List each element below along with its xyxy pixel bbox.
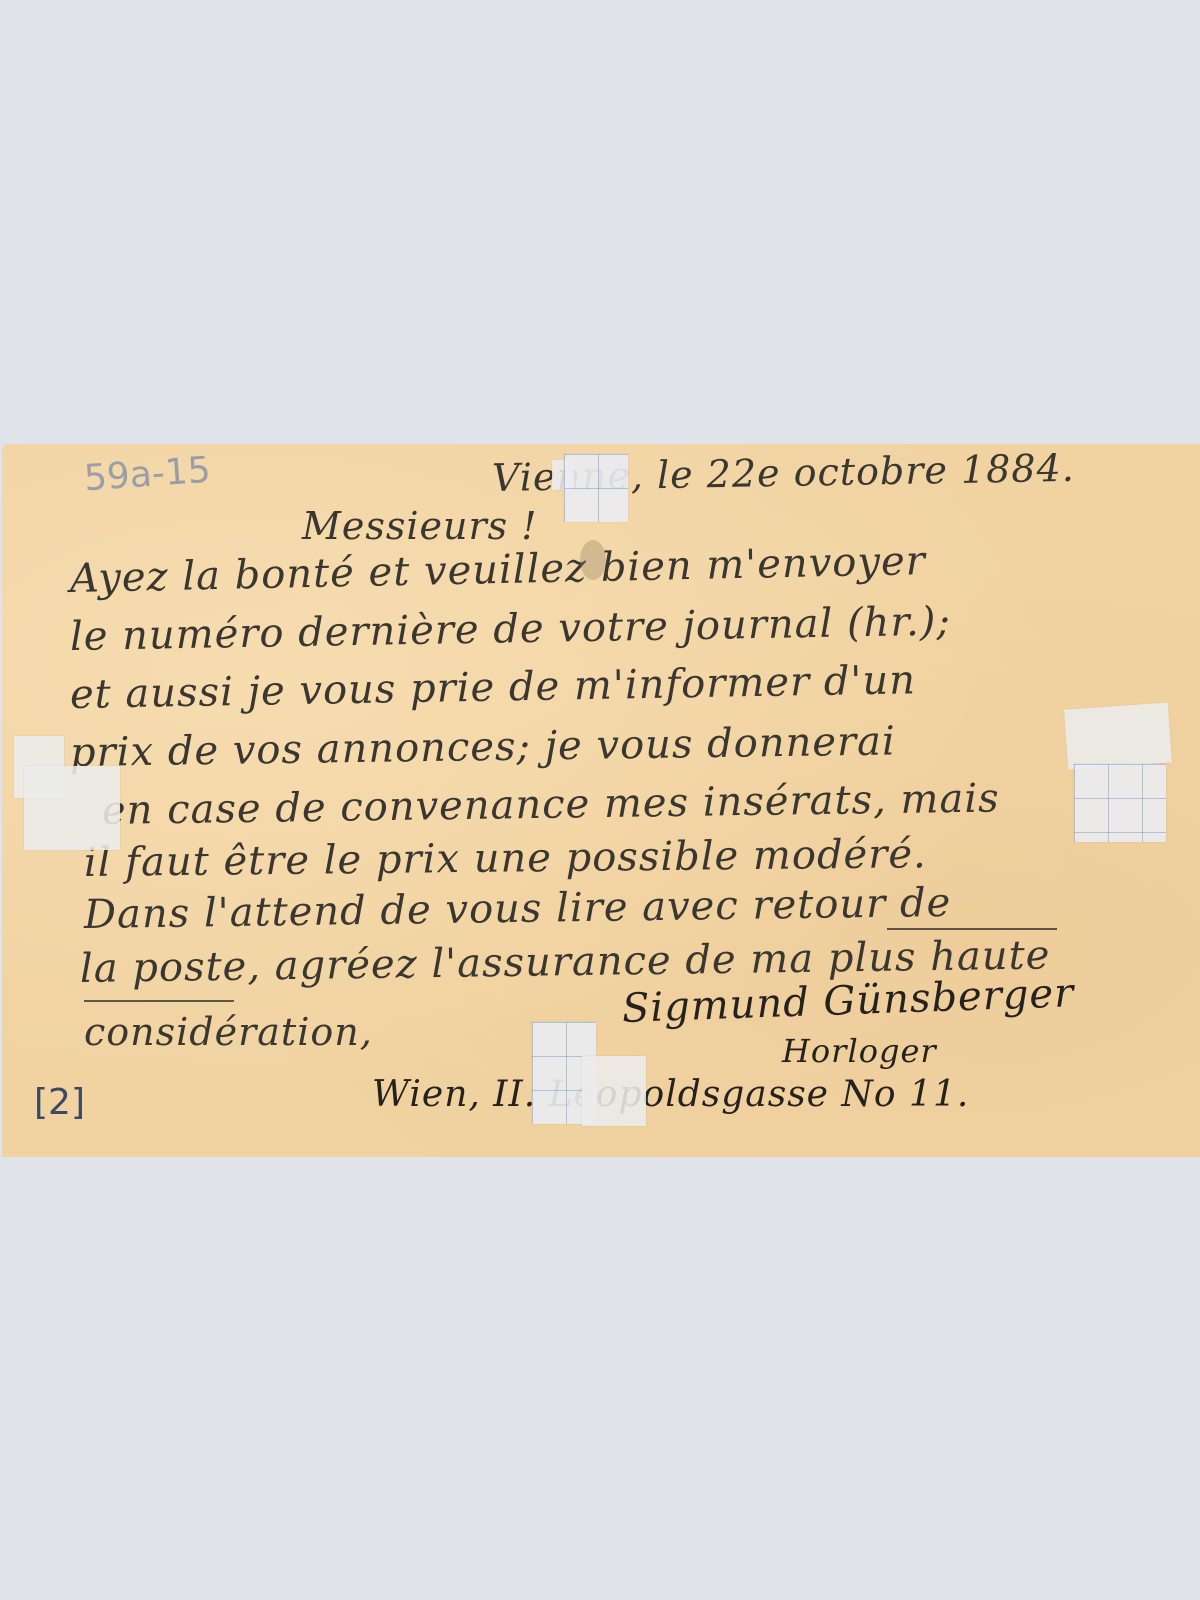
body-line-5: en case de convenance mes insérats, mais <box>102 775 1000 834</box>
body-line-3: et aussi je vous prie de m'informer d'un <box>70 657 917 718</box>
tape-remnant-left-lower <box>24 766 120 850</box>
underline-retour-de <box>887 928 1057 930</box>
body-line-9: considération, <box>84 1010 373 1054</box>
ink-smudge <box>580 540 606 580</box>
body-line-7: Dans l'attend de vous lire avec retour d… <box>84 880 952 938</box>
bottom-number-mark: [2] <box>34 1082 85 1123</box>
tape-remnant-right-lower <box>1074 764 1166 842</box>
body-line-4: prix de vos annonces; je vous donnerai <box>70 718 896 776</box>
salutation: Messieurs ! <box>302 504 538 548</box>
archive-reference-pencil: 59a-15 <box>83 450 212 500</box>
tape-remnant-right-upper <box>1064 702 1172 769</box>
postcard: 59a-15 Vienne, le 22e octobre 1884. Mess… <box>2 444 1200 1157</box>
signature-title: Horloger <box>782 1032 937 1070</box>
tape-remnant-bottom-right <box>582 1056 646 1126</box>
underline-la-poste <box>84 1000 234 1002</box>
tape-remnant-top <box>564 454 628 522</box>
body-line-1: Ayez la bonté et veuillez bien m'envoyer <box>70 538 927 602</box>
signature-address: Wien, II. Leopoldsgasse No 11. <box>372 1074 969 1115</box>
body-line-6: il faut être le prix une possible modéré… <box>84 831 927 886</box>
body-line-2: le numéro dernière de votre journal (hr.… <box>70 599 952 660</box>
